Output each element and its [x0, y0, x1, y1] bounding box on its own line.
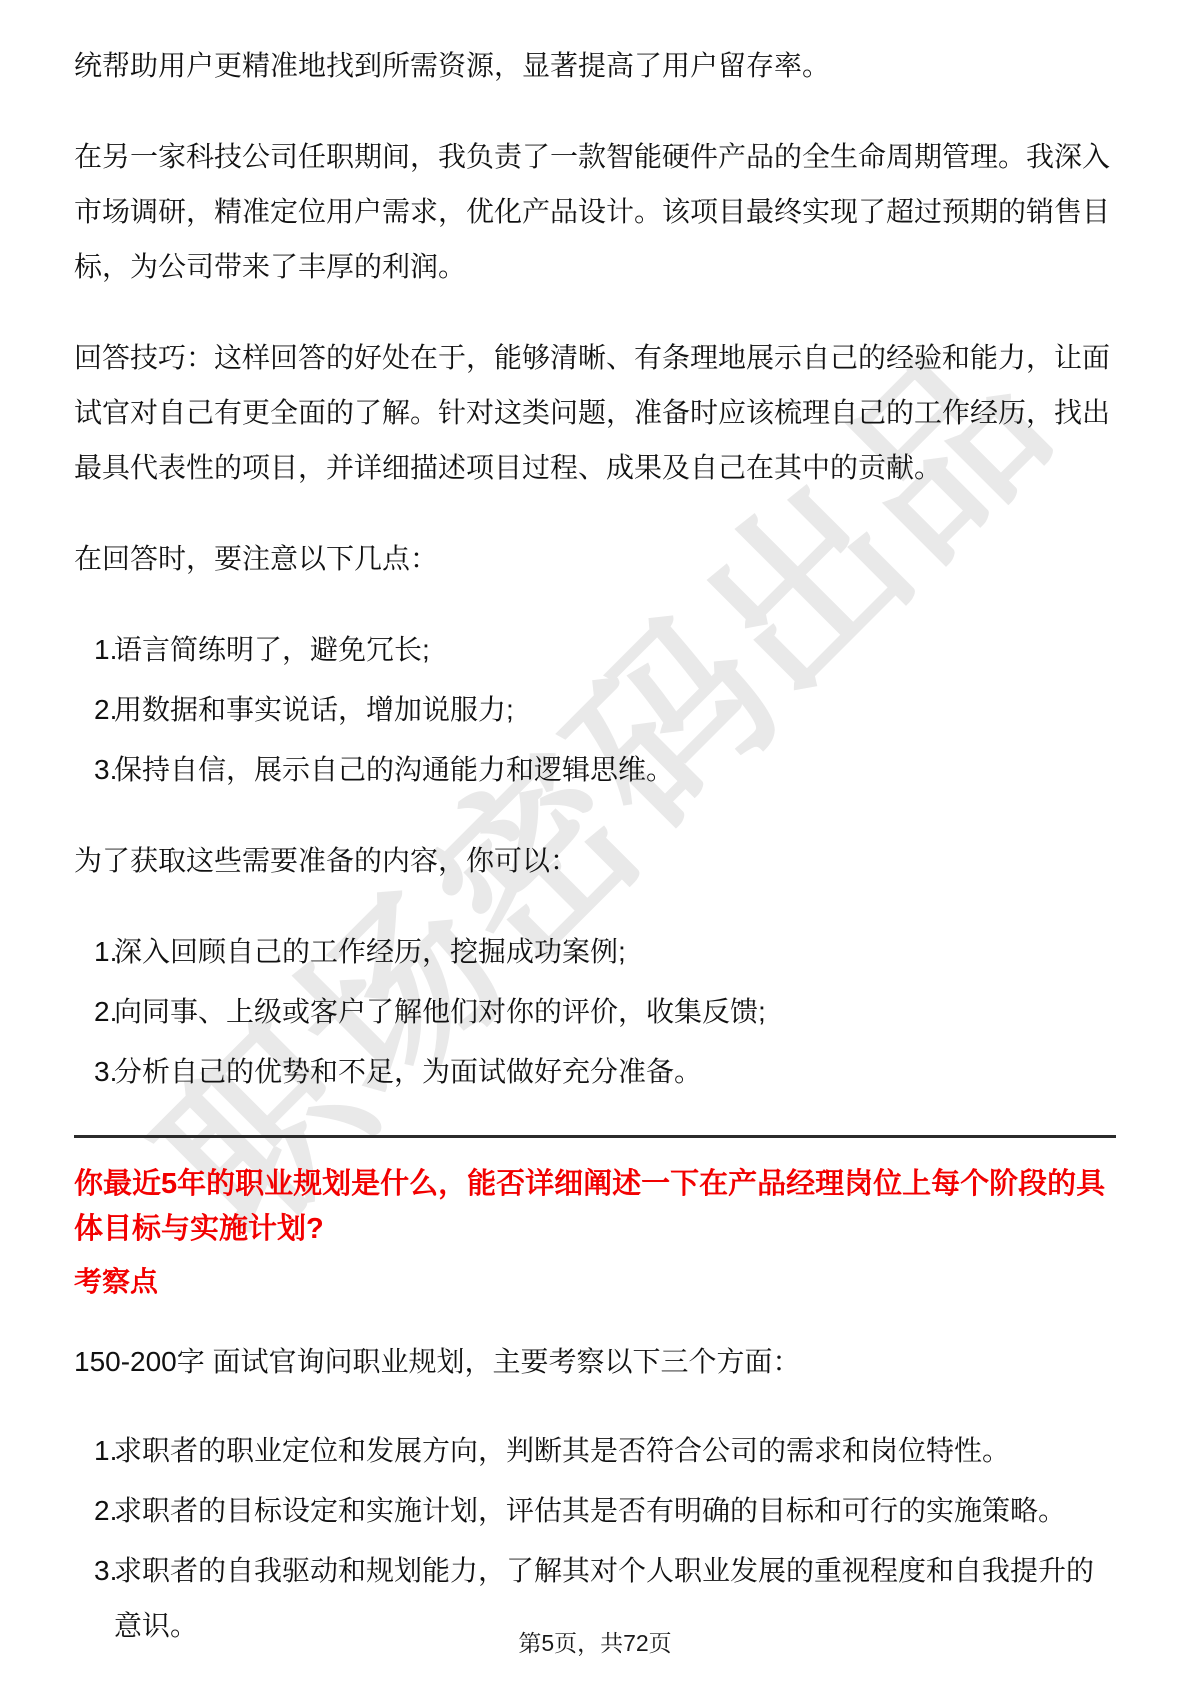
section-divider — [74, 1135, 1116, 1138]
page-content: 统帮助用户更精准地找到所需资源，显著提高了用户留存率。 在另一家科技公司任职期间… — [0, 0, 1190, 1653]
list-item: 3. 保持自信，展示自己的沟通能力和逻辑思维。 — [74, 742, 1116, 797]
list-item-number: 3. — [74, 1543, 114, 1598]
list-item-text: 语言简练明了，避免冗长; — [114, 622, 1116, 677]
paragraph-answer-technique: 回答技巧：这样回答的好处在于，能够清晰、有条理地展示自己的经验和能力，让面试官对… — [74, 330, 1116, 495]
paragraph-continuation: 统帮助用户更精准地找到所需资源，显著提高了用户留存率。 — [74, 38, 1116, 93]
list-item-text: 深入回顾自己的工作经历，挖掘成功案例; — [114, 924, 1116, 979]
list-item: 1. 深入回顾自己的工作经历，挖掘成功案例; — [74, 924, 1116, 979]
list-item: 2. 用数据和事实说话，增加说服力; — [74, 682, 1116, 737]
list-item-text: 保持自信，展示自己的沟通能力和逻辑思维。 — [114, 742, 1116, 797]
list-item-number: 2. — [74, 1483, 114, 1538]
next-question-title: 你最近5年的职业规划是什么，能否详细阐述一下在产品经理岗位上每个阶段的具体目标与… — [74, 1162, 1116, 1252]
assess-points-list: 1. 求职者的职业定位和发展方向，判断其是否符合公司的需求和岗位特性。 2. 求… — [74, 1423, 1116, 1653]
list-item-number: 3. — [74, 1044, 114, 1099]
document-page: 职场密码出品 统帮助用户更精准地找到所需资源，显著提高了用户留存率。 在另一家科… — [0, 0, 1190, 1684]
paragraph-preparation-lead: 为了获取这些需要准备的内容，你可以： — [74, 833, 1116, 888]
list-item-text: 向同事、上级或客户了解他们对你的评价，收集反馈; — [114, 984, 1116, 1039]
list-item: 1. 求职者的职业定位和发展方向，判断其是否符合公司的需求和岗位特性。 — [74, 1423, 1116, 1478]
list-item: 1. 语言简练明了，避免冗长; — [74, 622, 1116, 677]
list-item-number: 1. — [74, 924, 114, 979]
list-item-text: 用数据和事实说话，增加说服力; — [114, 682, 1116, 737]
exam-point-label: 考察点 — [74, 1266, 1116, 1298]
list-item-number: 1. — [74, 622, 114, 677]
list-item-number: 2. — [74, 682, 114, 737]
list-item-number: 1. — [74, 1423, 114, 1478]
exam-point-intro: 150-200字 面试官询问职业规划，主要考察以下三个方面： — [74, 1334, 1116, 1389]
list-item: 2. 向同事、上级或客户了解他们对你的评价，收集反馈; — [74, 984, 1116, 1039]
list-item-number: 2. — [74, 984, 114, 1039]
list-item: 2. 求职者的目标设定和实施计划，评估其是否有明确的目标和可行的实施策略。 — [74, 1483, 1116, 1538]
paragraph-attention-lead: 在回答时，要注意以下几点： — [74, 531, 1116, 586]
list-item-number: 3. — [74, 742, 114, 797]
answer-tips-list: 1. 语言简练明了，避免冗长; 2. 用数据和事实说话，增加说服力; 3. 保持… — [74, 622, 1116, 797]
page-number-indicator: 第5页，共72页 — [0, 1625, 1190, 1658]
list-item-text: 分析自己的优势和不足，为面试做好充分准备。 — [114, 1044, 1116, 1099]
list-item: 3. 分析自己的优势和不足，为面试做好充分准备。 — [74, 1044, 1116, 1099]
list-item-text: 求职者的职业定位和发展方向，判断其是否符合公司的需求和岗位特性。 — [114, 1423, 1116, 1478]
paragraph-experience-example: 在另一家科技公司任职期间，我负责了一款智能硬件产品的全生命周期管理。我深入市场调… — [74, 129, 1116, 294]
list-item-text: 求职者的目标设定和实施计划，评估其是否有明确的目标和可行的实施策略。 — [114, 1483, 1116, 1538]
preparation-steps-list: 1. 深入回顾自己的工作经历，挖掘成功案例; 2. 向同事、上级或客户了解他们对… — [74, 924, 1116, 1099]
